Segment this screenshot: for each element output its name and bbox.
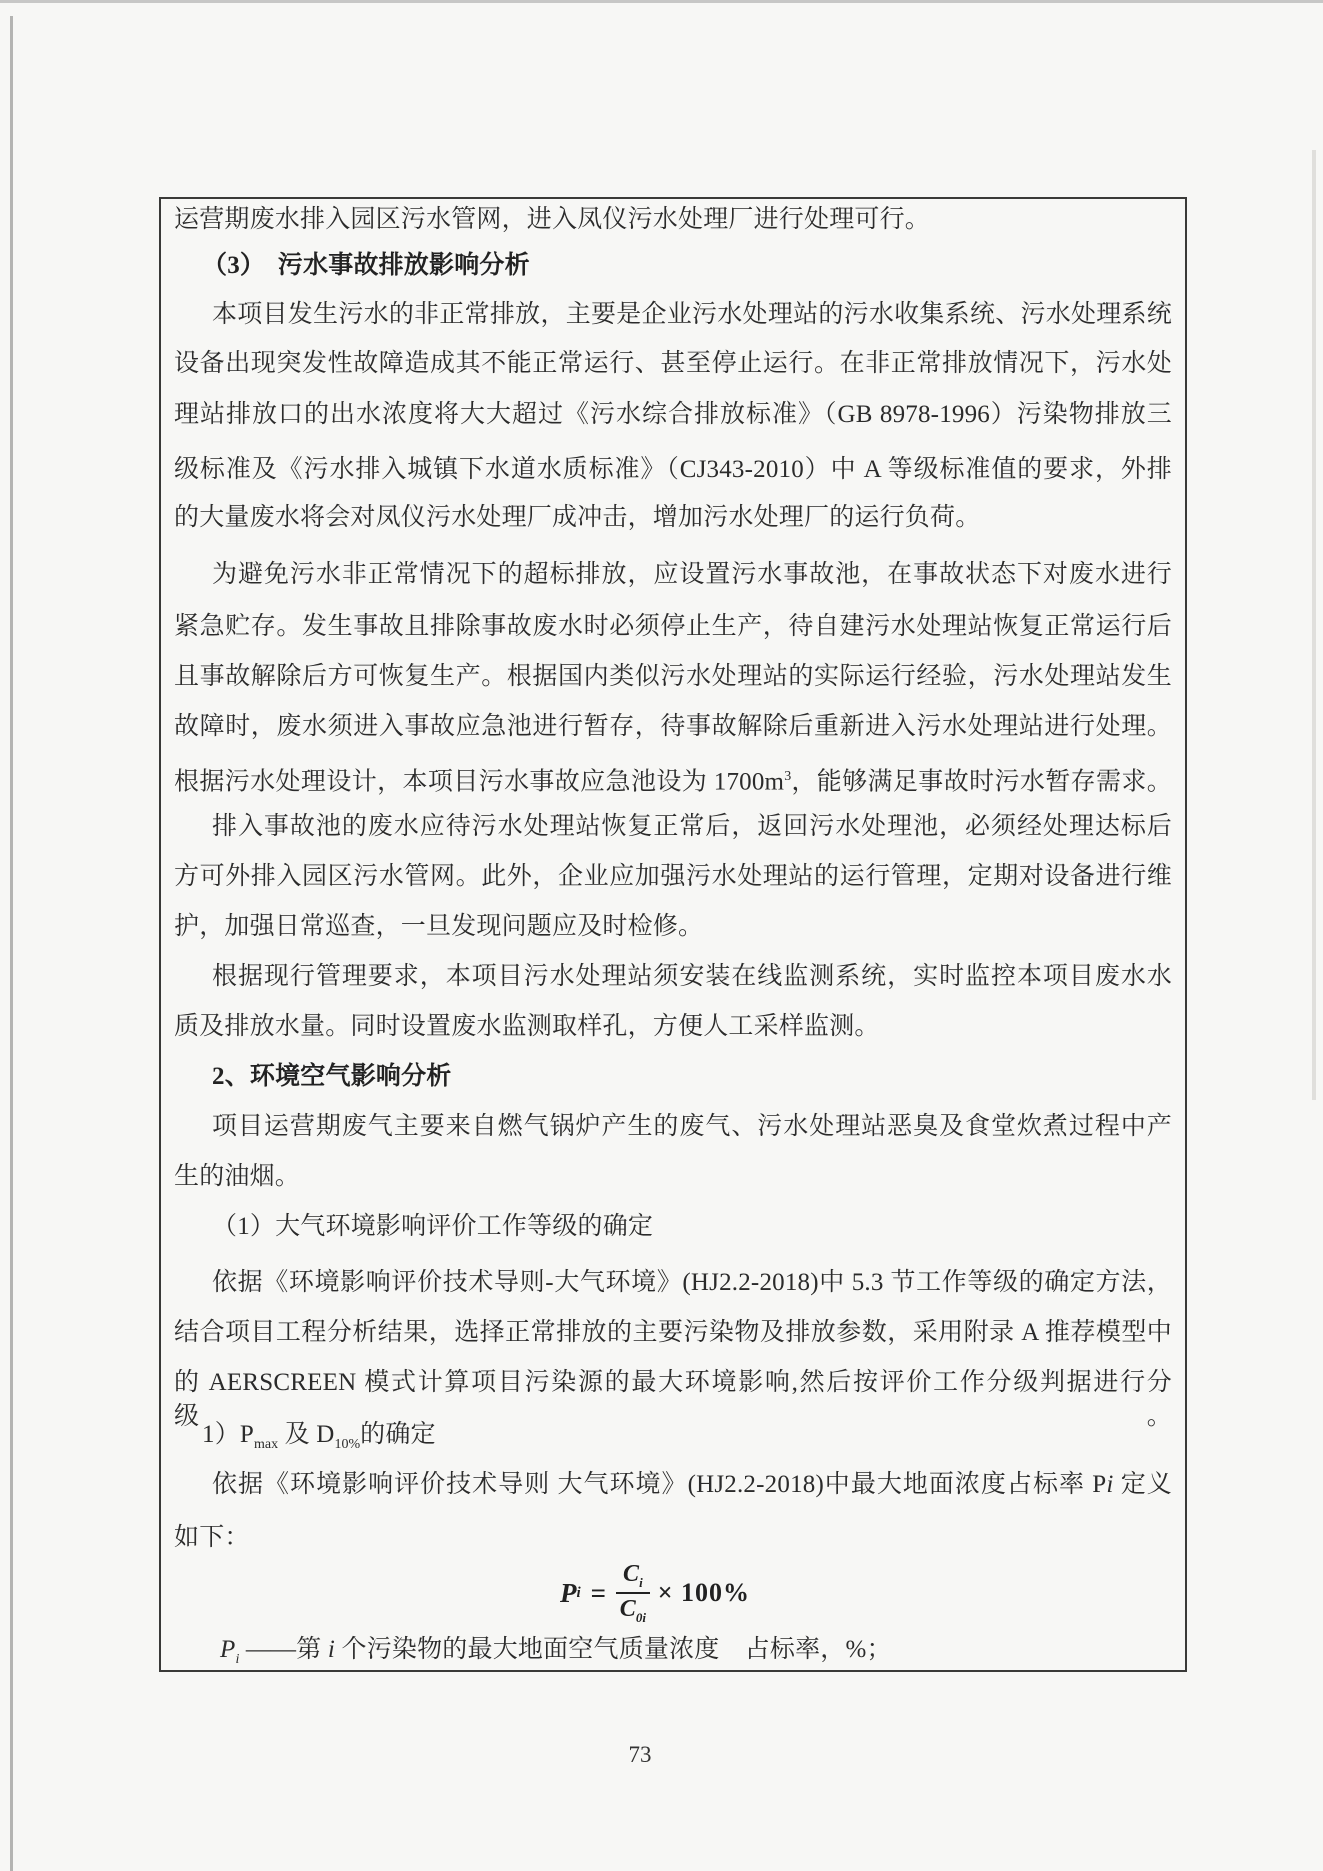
formula-lhs-sub: i [576, 1585, 580, 1602]
para5-line2: 生的油烟。 [174, 1160, 1172, 1194]
para-carryover-line: 运营期废水排入园区污水管网，进入凤仪污水处理厂进行处理可行。 [174, 203, 1172, 237]
para1-line3: 理站排放口的出水浓度将大大超过《污水综合排放标准》（GB 8978-1996）污… [174, 398, 1172, 432]
formula-denominator: C0i [620, 1594, 646, 1625]
formula-numerator: Ci [616, 1561, 650, 1594]
para7-line2: 如下： [174, 1521, 1172, 1555]
scan-smudge-right [1312, 150, 1316, 1100]
heading-pmax-d10: 1）Pmax 及 D10%的确定 [174, 1418, 1172, 1462]
para7-line1: 依据《环境影响评价技术导则 大气环境》(HJ2.2-2018)中最大地面浓度占标… [174, 1468, 1172, 1502]
para3-line3: 护，加强日常巡查，一旦发现问题应及时检修。 [174, 910, 1172, 944]
formula-lhs: P [560, 1578, 577, 1609]
para2-line1: 为避免污水非正常情况下的超标排放，应设置污水事故池，在事故状态下对废水进行 [174, 558, 1172, 592]
pi-formula: Pi = Ci C0i × 100% [143, 1561, 1167, 1625]
page-number: 73 [560, 1742, 720, 1768]
para3-line1: 排入事故池的废水应待污水处理站恢复正常后，返回污水处理池，必须经处理达标后 [174, 810, 1172, 844]
formula-times-100: × 100% [658, 1578, 750, 1608]
heading-air-impact: 2、环境空气影响分析 [174, 1060, 1172, 1094]
para4-line2: 质及排放水量。同时设置废水监测取样孔，方便人工采样监测。 [174, 1010, 1172, 1044]
para2-line2: 紧急贮存。发生事故且排除事故废水时必须停止生产，待自建污水处理站恢复正常运行后 [174, 610, 1172, 644]
para2-line5: 根据污水处理设计，本项目污水事故应急池设为 1700m3，能够满足事故时污水暂存… [174, 760, 1172, 799]
pi-definition-line: Pi ——第 i 个污染物的最大地面空气质量浓度 占标率，%； [174, 1633, 1172, 1677]
para1-line1: 本项目发生污水的非正常排放，主要是企业污水处理站的污水收集系统、污水处理系统 [174, 298, 1172, 332]
para1-line5: 的大量废水将会对凤仪污水处理厂成冲击，增加污水处理厂的运行负荷。 [174, 501, 1172, 535]
para1-line2: 设备出现突发性故障造成其不能正常运行、甚至停止运行。在非正常排放情况下，污水处 [174, 347, 1172, 381]
para1-line4: 级标准及《污水排入城镇下水道水质标准》（CJ343-2010）中 A 等级标准值… [174, 453, 1172, 487]
para4-line1: 根据现行管理要求，本项目污水处理站须安装在线监测系统，实时监控本项目废水水 [174, 960, 1172, 994]
scanned-document-page: { "page": { "number": "73" }, "document"… [0, 0, 1323, 1871]
text-layer: 运营期废水排入园区污水管网，进入凤仪污水处理厂进行处理可行。（3） 污水事故排放… [161, 199, 1185, 1670]
para5-line1: 项目运营期废气主要来自燃气锅炉产生的废气、污水处理站恶臭及食堂炊煮过程中产 [174, 1110, 1172, 1144]
para2-line3: 且事故解除后方可恢复生产。根据国内类似污水处理站的实际运行经验，污水处理站发生 [174, 660, 1172, 694]
para2-line4: 故障时，废水须进入事故应急池进行暂存，待事故解除后重新进入污水处理站进行处理。 [174, 710, 1172, 744]
para3-line2: 方可外排入园区污水管网。此外，企业应加强污水处理站的运行管理，定期对设备进行维 [174, 860, 1172, 894]
heading-sewage-accident: （3） 污水事故排放影响分析 [174, 249, 1172, 283]
scan-edge-left-line [10, 16, 13, 1871]
scan-edge-top [0, 0, 1323, 3]
formula-equals: = [591, 1578, 606, 1609]
heading-grade-determination: （1）大气环境影响评价工作等级的确定 [174, 1210, 1172, 1244]
para6-line1: 依据《环境影响评价技术导则-大气环境》(HJ2.2-2018)中 5.3 节工作… [174, 1266, 1172, 1300]
content-frame: 运营期废水排入园区污水管网，进入凤仪污水处理厂进行处理可行。（3） 污水事故排放… [159, 197, 1187, 1672]
para6-line2: 结合项目工程分析结果，选择正常排放的主要污染物及排放参数，采用附录 A 推荐模型… [174, 1316, 1172, 1350]
formula-fraction: Ci C0i [616, 1561, 650, 1625]
